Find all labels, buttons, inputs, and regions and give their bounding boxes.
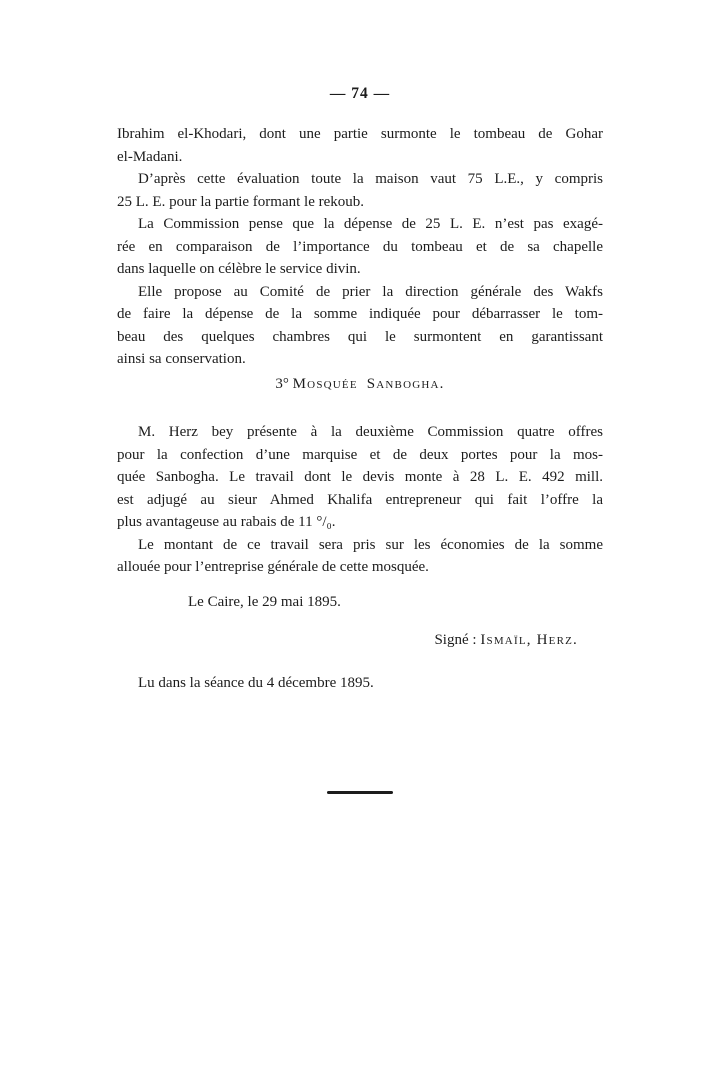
paragraph-commission: La Commission pense que la dépense de 25… xyxy=(117,213,603,281)
text-line: Elle propose au Comité de prier la direc… xyxy=(117,281,603,304)
paragraph-herz-offres: M. Herz bey présente à la deuxième Commi… xyxy=(117,421,603,534)
closing-statement: Lu dans la séance du 4 décembre 1895. xyxy=(117,672,603,695)
text-line: beau des quelques chambres qui le surmon… xyxy=(117,326,603,349)
text-line: La Commission pense que la dépense de 25… xyxy=(117,213,603,236)
signature-names: Ismaïl, Herz. xyxy=(480,632,578,648)
paragraph-montant: Le montant de ce travail sera pris sur l… xyxy=(117,534,603,579)
paragraph-proposition: Elle propose au Comité de prier la direc… xyxy=(117,281,603,371)
text-line: est adjugé au sieur Ahmed Khalifa entrep… xyxy=(117,489,603,512)
page-number: — 74 — xyxy=(117,85,603,103)
paragraph-evaluation: D’après cette évaluation toute la maison… xyxy=(117,168,603,213)
signature-line: Signé : Ismaïl, Herz. xyxy=(117,629,603,652)
text-line: rée en comparaison de l’importance du to… xyxy=(117,236,603,259)
text-line: Ibrahim el-Khodari, dont une partie surm… xyxy=(117,123,603,146)
section-heading: 3° Mosquée Sanbogha. xyxy=(117,373,603,396)
paragraph-tombeau: Ibrahim el-Khodari, dont une partie surm… xyxy=(117,123,603,168)
document-page: — 74 — Ibrahim el-Khodari, dont une part… xyxy=(0,0,720,1082)
text-line: allouée pour l’entreprise générale de ce… xyxy=(117,556,603,579)
text-line: Le montant de ce travail sera pris sur l… xyxy=(117,534,603,557)
text-column: Ibrahim el-Khodari, dont une partie surm… xyxy=(117,123,603,794)
text-line: 25 L. E. pour la partie formant le rekou… xyxy=(117,191,603,214)
text-line: D’après cette évaluation toute la maison… xyxy=(117,168,603,191)
text-line: pour la confection d’une marquise et de … xyxy=(117,444,603,467)
text-line: de faire la dépense de la somme indiquée… xyxy=(117,303,603,326)
section-divider-rule xyxy=(327,791,393,794)
signature-label: Signé : xyxy=(434,632,480,648)
section-title: Mosquée Sanbogha. xyxy=(293,376,445,392)
text-line: dans laquelle on célèbre le service divi… xyxy=(117,258,603,281)
text-line: quée Sanbogha. Le travail dont le devis … xyxy=(117,466,603,489)
section-number: 3° xyxy=(275,376,289,392)
text-line: el-Madani. xyxy=(117,146,603,169)
text-line: ainsi sa conservation. xyxy=(117,348,603,371)
dateline: Le Caire, le 29 mai 1895. xyxy=(117,591,603,614)
text-line: M. Herz bey présente à la deuxième Commi… xyxy=(117,421,603,444)
text-line: plus avantageuse au rabais de 11 °/₀. xyxy=(117,511,603,534)
